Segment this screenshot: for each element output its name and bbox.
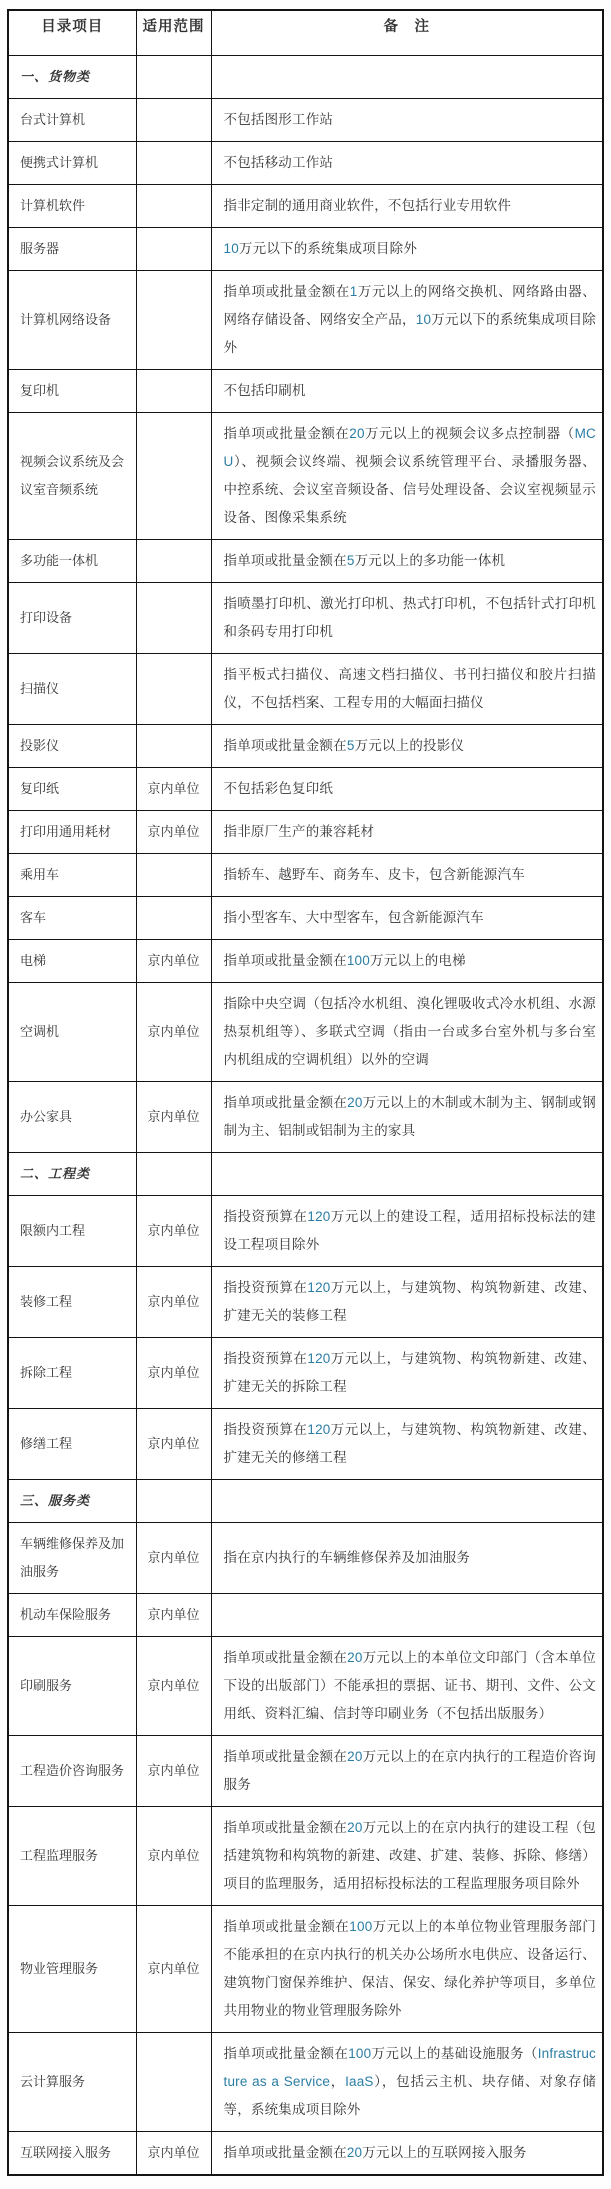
amount-number: 120 xyxy=(307,1280,330,1295)
section-title: 二、工程类 xyxy=(8,1153,136,1196)
remark-cell: 指投资预算在120万元以上，与建筑物、构筑物新建、改建、扩建无关的修缮工程 xyxy=(211,1409,603,1480)
remark-cell: 不包括印刷机 xyxy=(211,370,603,413)
amount-number: 5 xyxy=(347,553,355,568)
item-cell: 多功能一体机 xyxy=(8,540,136,583)
item-cell: 限额内工程 xyxy=(8,1196,136,1267)
scope-cell xyxy=(136,56,211,99)
amount-number: 20 xyxy=(347,1820,362,1835)
table-row: 限额内工程京内单位指投资预算在120万元以上的建设工程，适用招标投标法的建设工程… xyxy=(8,1196,603,1267)
remark-cell: 指单项或批量金额在20万元以上的视频会议多点控制器（MCU）、视频会议终端、视频… xyxy=(211,413,603,540)
item-cell: 办公家具 xyxy=(8,1082,136,1153)
scope-cell: 京内单位 xyxy=(136,1338,211,1409)
amount-number: Infrastructure xyxy=(224,2046,597,2089)
remark-cell xyxy=(211,1153,603,1196)
remark-cell: 指除中央空调（包括冷水机组、溴化锂吸收式冷水机组、水源热泵机组等）、多联式空调（… xyxy=(211,983,603,1082)
scope-cell: 京内单位 xyxy=(136,940,211,983)
remark-cell: 指单项或批量金额在20万元以上的互联网接入服务 xyxy=(211,2132,603,2176)
table-row: 拆除工程京内单位指投资预算在120万元以上，与建筑物、构筑物新建、改建、扩建无关… xyxy=(8,1338,603,1409)
amount-number: 5 xyxy=(347,738,355,753)
remark-cell: 指投资预算在120万元以上的建设工程，适用招标投标法的建设工程项目除外 xyxy=(211,1196,603,1267)
remark-cell: 10万元以下的系统集成项目除外 xyxy=(211,228,603,271)
scope-cell xyxy=(136,540,211,583)
item-cell: 客车 xyxy=(8,897,136,940)
remark-cell: 指单项或批量金额在20万元以上的本单位文印部门（含本单位下设的出版部门）不能承担… xyxy=(211,1637,603,1736)
table-row: 空调机京内单位指除中央空调（包括冷水机组、溴化锂吸收式冷水机组、水源热泵机组等）… xyxy=(8,983,603,1082)
item-cell: 云计算服务 xyxy=(8,2033,136,2132)
scope-cell xyxy=(136,228,211,271)
col-header-remarks: 备 注 xyxy=(211,10,603,56)
item-cell: 工程监理服务 xyxy=(8,1807,136,1906)
scope-cell xyxy=(136,854,211,897)
amount-number: 20 xyxy=(347,2145,362,2160)
remark-cell: 指单项或批量金额在100万元以上的电梯 xyxy=(211,940,603,983)
table-row: 投影仪指单项或批量金额在5万元以上的投影仪 xyxy=(8,725,603,768)
amount-number: 20 xyxy=(347,1095,362,1110)
section-title: 一、货物类 xyxy=(8,56,136,99)
scope-cell: 京内单位 xyxy=(136,1196,211,1267)
scope-cell xyxy=(136,413,211,540)
scope-cell xyxy=(136,654,211,725)
remark-cell: 指在京内执行的车辆维修保养及加油服务 xyxy=(211,1523,603,1594)
col-header-applicable-scope: 适用范围 xyxy=(136,10,211,56)
item-cell: 车辆维修保养及加油服务 xyxy=(8,1523,136,1594)
remark-cell: 指单项或批量金额在20万元以上的在京内执行的建设工程（包括建筑物和构筑物的新建、… xyxy=(211,1807,603,1906)
remark-cell: 指喷墨打印机、激光打印机、热式打印机，不包括针式打印机和条码专用打印机 xyxy=(211,583,603,654)
section-row: 一、货物类 xyxy=(8,56,603,99)
remark-cell: 指平板式扫描仪、高速文档扫描仪、书刊扫描仪和胶片扫描仪，不包括档案、工程专用的大… xyxy=(211,654,603,725)
table-row: 车辆维修保养及加油服务京内单位指在京内执行的车辆维修保养及加油服务 xyxy=(8,1523,603,1594)
table-header: 目录项目 适用范围 备 注 xyxy=(8,10,603,56)
scope-cell: 京内单位 xyxy=(136,1082,211,1153)
amount-number: 120 xyxy=(307,1351,330,1366)
section-row: 三、服务类 xyxy=(8,1480,603,1523)
remark-cell: 指单项或批量金额在20万元以上的木制或木制为主、钢制或钢制为主、铝制或铝制为主的… xyxy=(211,1082,603,1153)
table-row: 便携式计算机不包括移动工作站 xyxy=(8,142,603,185)
item-cell: 工程造价咨询服务 xyxy=(8,1736,136,1807)
scope-cell xyxy=(136,185,211,228)
scope-cell xyxy=(136,897,211,940)
table-row: 印刷服务京内单位指单项或批量金额在20万元以上的本单位文印部门（含本单位下设的出… xyxy=(8,1637,603,1736)
table-row: 办公家具京内单位指单项或批量金额在20万元以上的木制或木制为主、钢制或钢制为主、… xyxy=(8,1082,603,1153)
scope-cell xyxy=(136,142,211,185)
amount-number: 1 xyxy=(350,284,358,299)
section-row: 二、工程类 xyxy=(8,1153,603,1196)
table-row: 物业管理服务京内单位指单项或批量金额在100万元以上的本单位物业管理服务部门不能… xyxy=(8,1906,603,2033)
table-row: 电梯京内单位指单项或批量金额在100万元以上的电梯 xyxy=(8,940,603,983)
amount-number: 20 xyxy=(347,1650,362,1665)
scope-cell xyxy=(136,1480,211,1523)
table-row: 云计算服务指单项或批量金额在100万元以上的基础设施服务（Infrastruct… xyxy=(8,2033,603,2132)
document-page: 目录项目 适用范围 备 注 一、货物类台式计算机不包括图形工作站便携式计算机不包… xyxy=(0,0,611,2181)
table-row: 扫描仪指平板式扫描仪、高速文档扫描仪、书刊扫描仪和胶片扫描仪，不包括档案、工程专… xyxy=(8,654,603,725)
table-row: 计算机软件指非定制的通用商业软件，不包括行业专用软件 xyxy=(8,185,603,228)
amount-number: as xyxy=(252,2074,267,2089)
table-row: 工程造价咨询服务京内单位指单项或批量金额在20万元以上的在京内执行的工程造价咨询… xyxy=(8,1736,603,1807)
remark-cell: 指非原厂生产的兼容耗材 xyxy=(211,811,603,854)
table-row: 多功能一体机指单项或批量金额在5万元以上的多功能一体机 xyxy=(8,540,603,583)
remark-cell: 指小型客车、大中型客车，包含新能源汽车 xyxy=(211,897,603,940)
table-row: 乘用车指轿车、越野车、商务车、皮卡，包含新能源汽车 xyxy=(8,854,603,897)
item-cell: 打印设备 xyxy=(8,583,136,654)
amount-number: 120 xyxy=(307,1422,330,1437)
table-row: 打印用通用耗材京内单位指非原厂生产的兼容耗材 xyxy=(8,811,603,854)
scope-cell: 京内单位 xyxy=(136,2132,211,2176)
table-row: 计算机网络设备指单项或批量金额在1万元以上的网络交换机、网络路由器、网络存储设备… xyxy=(8,271,603,370)
scope-cell xyxy=(136,271,211,370)
table-row: 互联网接入服务京内单位指单项或批量金额在20万元以上的互联网接入服务 xyxy=(8,2132,603,2176)
scope-cell: 京内单位 xyxy=(136,1736,211,1807)
scope-cell: 京内单位 xyxy=(136,1594,211,1637)
amount-number: 20 xyxy=(349,426,364,441)
remark-cell: 不包括图形工作站 xyxy=(211,99,603,142)
scope-cell: 京内单位 xyxy=(136,768,211,811)
scope-cell: 京内单位 xyxy=(136,1267,211,1338)
item-cell: 复印机 xyxy=(8,370,136,413)
table-row: 打印设备指喷墨打印机、激光打印机、热式打印机，不包括针式打印机和条码专用打印机 xyxy=(8,583,603,654)
item-cell: 互联网接入服务 xyxy=(8,2132,136,2176)
table-row: 服务器10万元以下的系统集成项目除外 xyxy=(8,228,603,271)
table-row: 客车指小型客车、大中型客车，包含新能源汽车 xyxy=(8,897,603,940)
amount-number: IaaS xyxy=(345,2074,374,2089)
amount-number: 10 xyxy=(416,312,431,327)
remark-cell: 指单项或批量金额在5万元以上的投影仪 xyxy=(211,725,603,768)
item-cell: 投影仪 xyxy=(8,725,136,768)
remark-cell: 不包括彩色复印纸 xyxy=(211,768,603,811)
table-row: 台式计算机不包括图形工作站 xyxy=(8,99,603,142)
table-row: 视频会议系统及会议室音频系统指单项或批量金额在20万元以上的视频会议多点控制器（… xyxy=(8,413,603,540)
item-cell: 打印用通用耗材 xyxy=(8,811,136,854)
item-cell: 修缮工程 xyxy=(8,1409,136,1480)
remark-cell: 指投资预算在120万元以上，与建筑物、构筑物新建、改建、扩建无关的装修工程 xyxy=(211,1267,603,1338)
amount-number: Service xyxy=(284,2074,330,2089)
item-cell: 计算机软件 xyxy=(8,185,136,228)
scope-cell xyxy=(136,1153,211,1196)
item-cell: 机动车保险服务 xyxy=(8,1594,136,1637)
scope-cell: 京内单位 xyxy=(136,1523,211,1594)
scope-cell: 京内单位 xyxy=(136,1906,211,2033)
item-cell: 拆除工程 xyxy=(8,1338,136,1409)
amount-number: a xyxy=(271,2074,279,2089)
remark-cell: 指非定制的通用商业软件，不包括行业专用软件 xyxy=(211,185,603,228)
table-row: 修缮工程京内单位指投资预算在120万元以上，与建筑物、构筑物新建、改建、扩建无关… xyxy=(8,1409,603,1480)
scope-cell xyxy=(136,99,211,142)
item-cell: 空调机 xyxy=(8,983,136,1082)
scope-cell: 京内单位 xyxy=(136,811,211,854)
amount-number: 100 xyxy=(348,2046,371,2061)
section-title: 三、服务类 xyxy=(8,1480,136,1523)
remark-cell: 指单项或批量金额在5万元以上的多功能一体机 xyxy=(211,540,603,583)
amount-number: 120 xyxy=(307,1209,330,1224)
table-row: 复印机不包括印刷机 xyxy=(8,370,603,413)
remark-cell xyxy=(211,1480,603,1523)
table-row: 机动车保险服务京内单位 xyxy=(8,1594,603,1637)
item-cell: 装修工程 xyxy=(8,1267,136,1338)
amount-number: 100 xyxy=(347,953,370,968)
col-header-catalog-item: 目录项目 xyxy=(8,10,136,56)
amount-number: 10 xyxy=(224,241,239,256)
item-cell: 台式计算机 xyxy=(8,99,136,142)
item-cell: 服务器 xyxy=(8,228,136,271)
scope-cell: 京内单位 xyxy=(136,1637,211,1736)
item-cell: 便携式计算机 xyxy=(8,142,136,185)
scope-cell: 京内单位 xyxy=(136,1409,211,1480)
amount-number: MCU xyxy=(224,426,597,469)
item-cell: 物业管理服务 xyxy=(8,1906,136,2033)
table-row: 装修工程京内单位指投资预算在120万元以上，与建筑物、构筑物新建、改建、扩建无关… xyxy=(8,1267,603,1338)
amount-number: 20 xyxy=(347,1749,362,1764)
item-cell: 视频会议系统及会议室音频系统 xyxy=(8,413,136,540)
procurement-catalog-table: 目录项目 适用范围 备 注 一、货物类台式计算机不包括图形工作站便携式计算机不包… xyxy=(7,9,604,2176)
item-cell: 印刷服务 xyxy=(8,1637,136,1736)
remark-cell: 指单项或批量金额在1万元以上的网络交换机、网络路由器、网络存储设备、网络安全产品… xyxy=(211,271,603,370)
scope-cell xyxy=(136,370,211,413)
scope-cell: 京内单位 xyxy=(136,1807,211,1906)
scope-cell xyxy=(136,2033,211,2132)
item-cell: 电梯 xyxy=(8,940,136,983)
remark-cell: 不包括移动工作站 xyxy=(211,142,603,185)
remark-cell: 指单项或批量金额在100万元以上的基础设施服务（Infrastructure a… xyxy=(211,2033,603,2132)
scope-cell xyxy=(136,725,211,768)
table-row: 复印纸京内单位不包括彩色复印纸 xyxy=(8,768,603,811)
table-row: 工程监理服务京内单位指单项或批量金额在20万元以上的在京内执行的建设工程（包括建… xyxy=(8,1807,603,1906)
catalog-table-body: 一、货物类台式计算机不包括图形工作站便携式计算机不包括移动工作站计算机软件指非定… xyxy=(8,56,603,2176)
remark-cell xyxy=(211,56,603,99)
remark-cell: 指单项或批量金额在20万元以上的在京内执行的工程造价咨询服务 xyxy=(211,1736,603,1807)
remark-cell xyxy=(211,1594,603,1637)
scope-cell xyxy=(136,583,211,654)
item-cell: 复印纸 xyxy=(8,768,136,811)
remark-cell: 指投资预算在120万元以上，与建筑物、构筑物新建、改建、扩建无关的拆除工程 xyxy=(211,1338,603,1409)
item-cell: 计算机网络设备 xyxy=(8,271,136,370)
item-cell: 扫描仪 xyxy=(8,654,136,725)
remark-cell: 指单项或批量金额在100万元以上的本单位物业管理服务部门不能承担的在京内执行的机… xyxy=(211,1906,603,2033)
header-row: 目录项目 适用范围 备 注 xyxy=(8,10,603,56)
scope-cell: 京内单位 xyxy=(136,983,211,1082)
item-cell: 乘用车 xyxy=(8,854,136,897)
amount-number: 100 xyxy=(349,1919,372,1934)
remark-cell: 指轿车、越野车、商务车、皮卡，包含新能源汽车 xyxy=(211,854,603,897)
